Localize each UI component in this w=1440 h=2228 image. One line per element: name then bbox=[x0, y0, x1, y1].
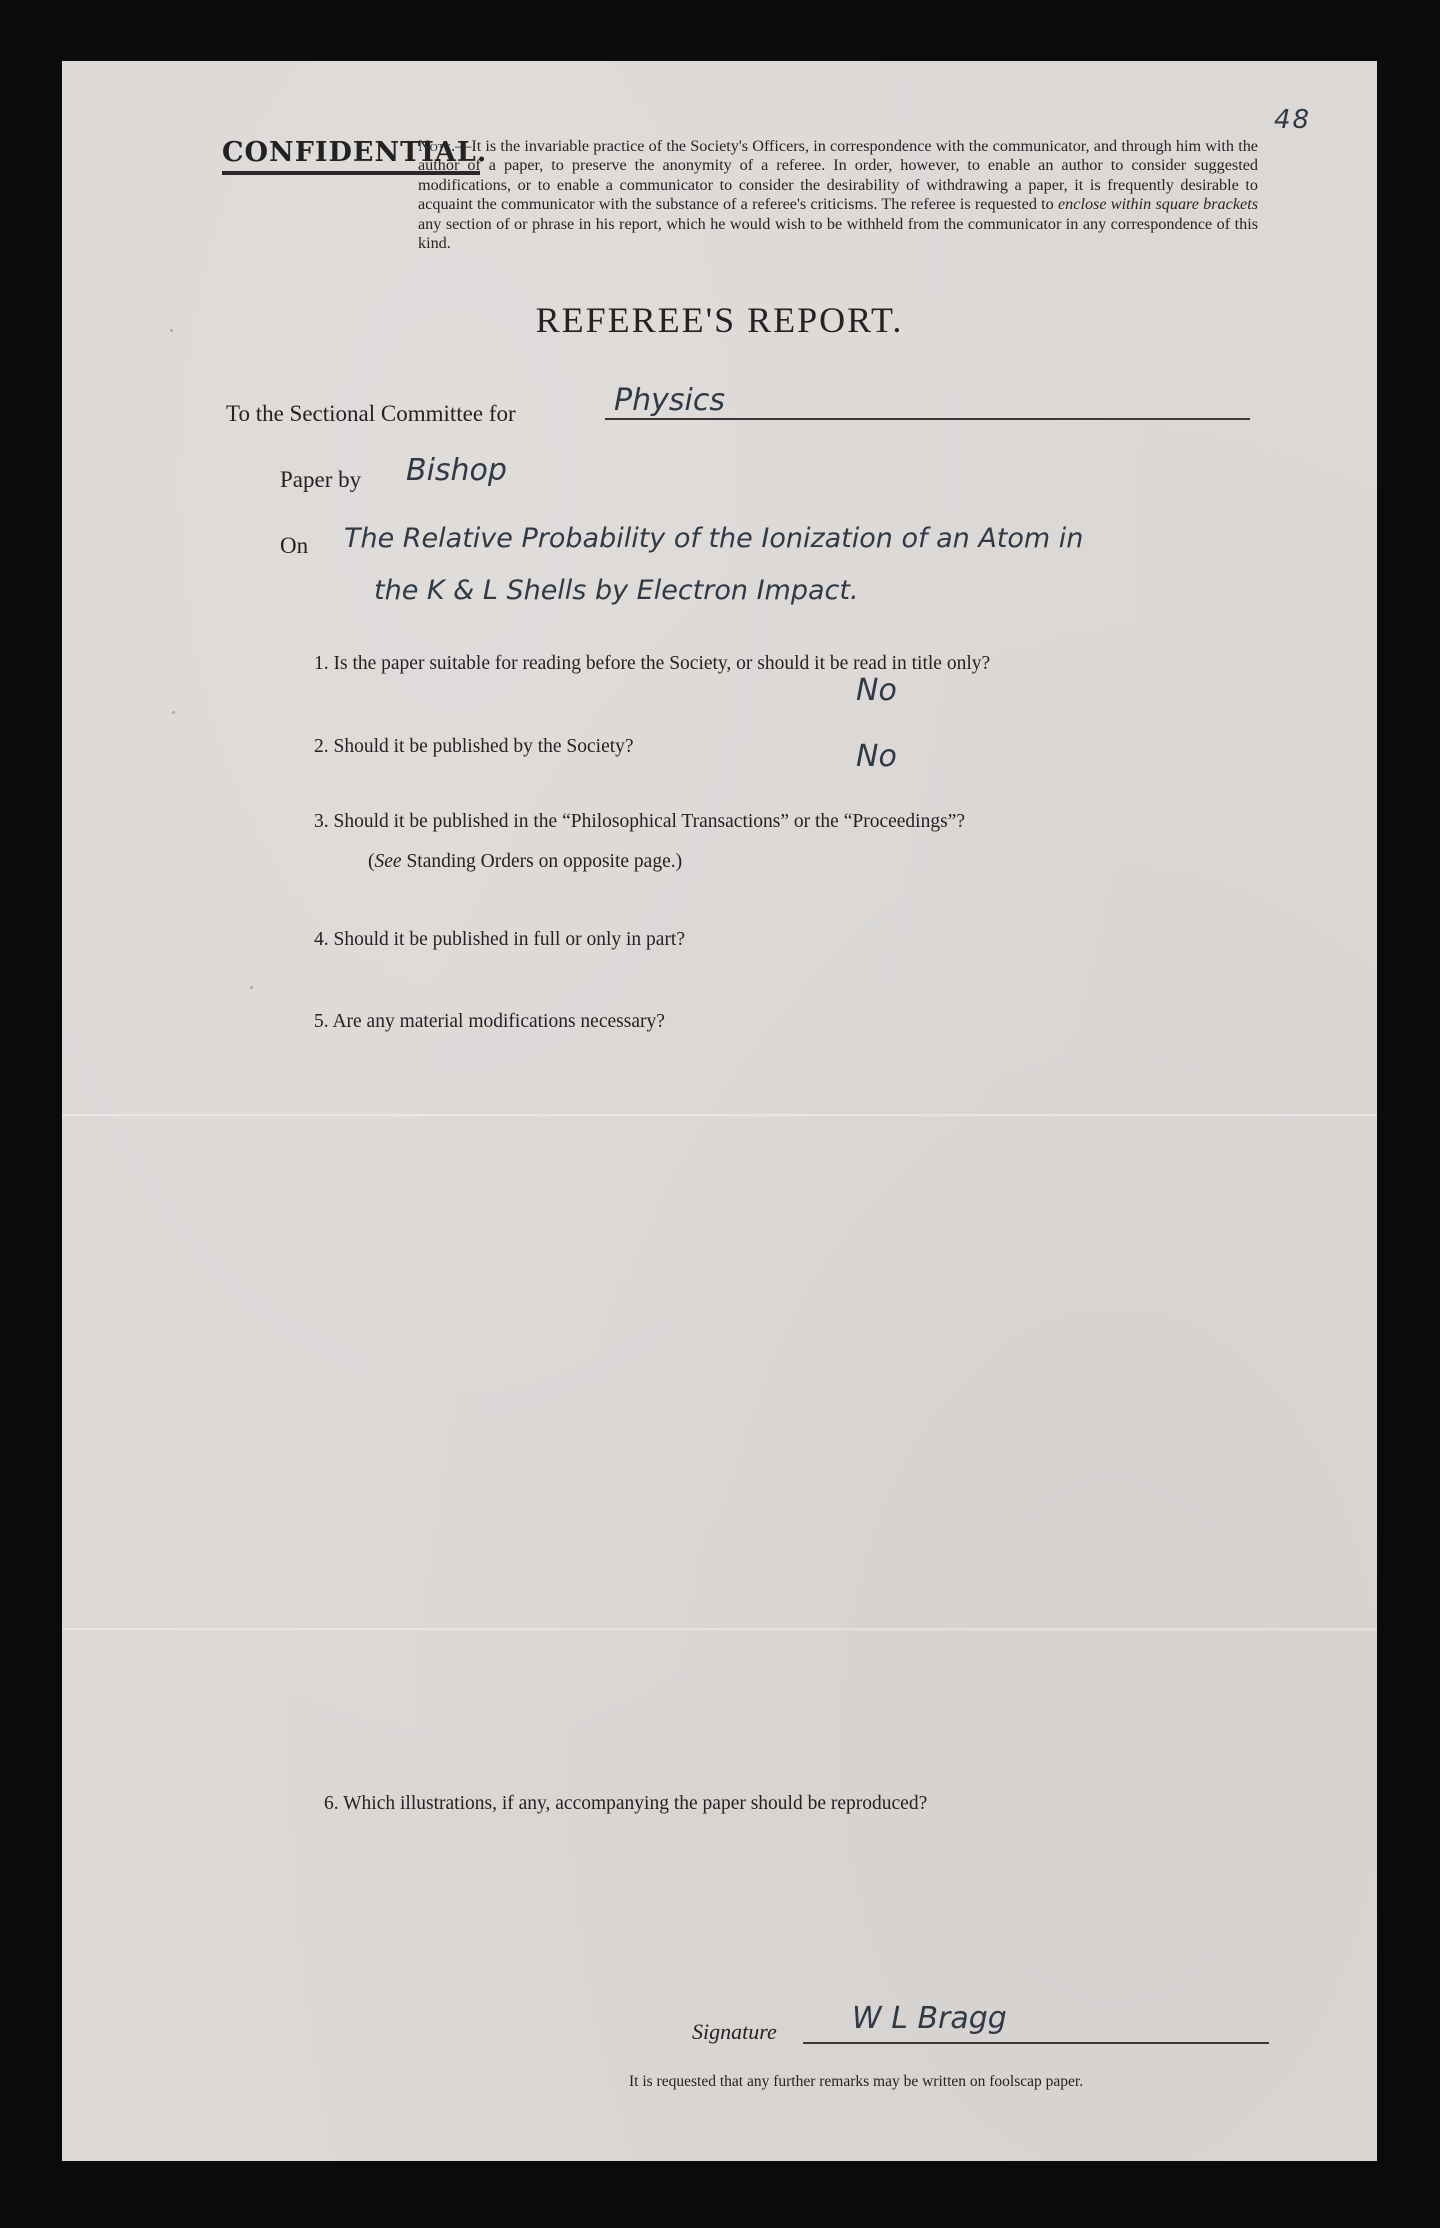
question-6: 6. Which illustrations, if any, accompan… bbox=[324, 1793, 927, 1815]
paper-by-value: Bishop bbox=[406, 453, 507, 488]
paper-by-label: Paper by bbox=[280, 467, 361, 493]
paper-speck bbox=[172, 711, 175, 714]
referee-report-page: 48 CONFIDENTIAL. Note.—It is the invaria… bbox=[62, 61, 1377, 2161]
question-text: Should it be published by the Society? bbox=[334, 736, 634, 757]
signature-line bbox=[803, 2042, 1269, 2044]
committee-underline bbox=[605, 418, 1250, 420]
see-italic: See bbox=[375, 851, 402, 872]
question-number: 5. bbox=[314, 1011, 329, 1032]
question-text: Should it be published in full or only i… bbox=[334, 929, 686, 950]
answer-2: No bbox=[856, 739, 897, 774]
page-title: REFEREE'S REPORT. bbox=[62, 299, 1377, 341]
paper-title-line-2: the K & L Shells by Electron Impact. bbox=[344, 565, 1244, 617]
question-2: 2. Should it be published by the Society… bbox=[314, 736, 634, 758]
question-text: Are any material modifications necessary… bbox=[332, 1011, 664, 1032]
question-text: Should it be published in the “Philosoph… bbox=[334, 811, 965, 832]
paper-speck bbox=[250, 986, 253, 989]
question-number: 6. bbox=[324, 1793, 339, 1814]
question-1: 1. Is the paper suitable for reading bef… bbox=[314, 653, 990, 675]
paper-title-line-1: The Relative Probability of the Ionizati… bbox=[344, 523, 1083, 554]
question-number: 1. bbox=[314, 653, 329, 674]
paper-title-value: The Relative Probability of the Ionizati… bbox=[344, 513, 1244, 617]
signature-value: W L Bragg bbox=[852, 2001, 1007, 2036]
note-italic: enclose within square brackets bbox=[1058, 195, 1258, 213]
question-3-note: (See Standing Orders on opposite page.) bbox=[368, 851, 682, 873]
confidentiality-note: Note.—It is the invariable practice of t… bbox=[298, 137, 1258, 253]
question-3: 3. Should it be published in the “Philos… bbox=[314, 811, 965, 833]
question-4: 4. Should it be published in full or onl… bbox=[314, 929, 685, 951]
question-number: 2. bbox=[314, 736, 329, 757]
fold-line bbox=[62, 1114, 1377, 1117]
question-number: 4. bbox=[314, 929, 329, 950]
signature-label: Signature bbox=[692, 2019, 777, 2045]
fold-line bbox=[62, 1628, 1377, 1631]
note-body-end: any section of or phrase in his report, … bbox=[418, 215, 1258, 252]
committee-label: To the Sectional Committee for bbox=[226, 401, 516, 427]
question-text: Which illustrations, if any, accompanyin… bbox=[343, 1793, 927, 1814]
note-label: Note. bbox=[418, 137, 455, 155]
question-number: 3. bbox=[314, 811, 329, 832]
committee-value: Physics bbox=[614, 383, 725, 418]
question-5: 5. Are any material modifications necess… bbox=[314, 1011, 665, 1033]
footnote: It is requested that any further remarks… bbox=[629, 2073, 1083, 2091]
on-label: On bbox=[280, 533, 308, 559]
question-text: Is the paper suitable for reading before… bbox=[334, 653, 991, 674]
note-first-line: Note.—It is the invariable practice of t… bbox=[298, 137, 1258, 253]
answer-1: No bbox=[856, 673, 897, 708]
folio-number: 48 bbox=[1274, 105, 1311, 135]
